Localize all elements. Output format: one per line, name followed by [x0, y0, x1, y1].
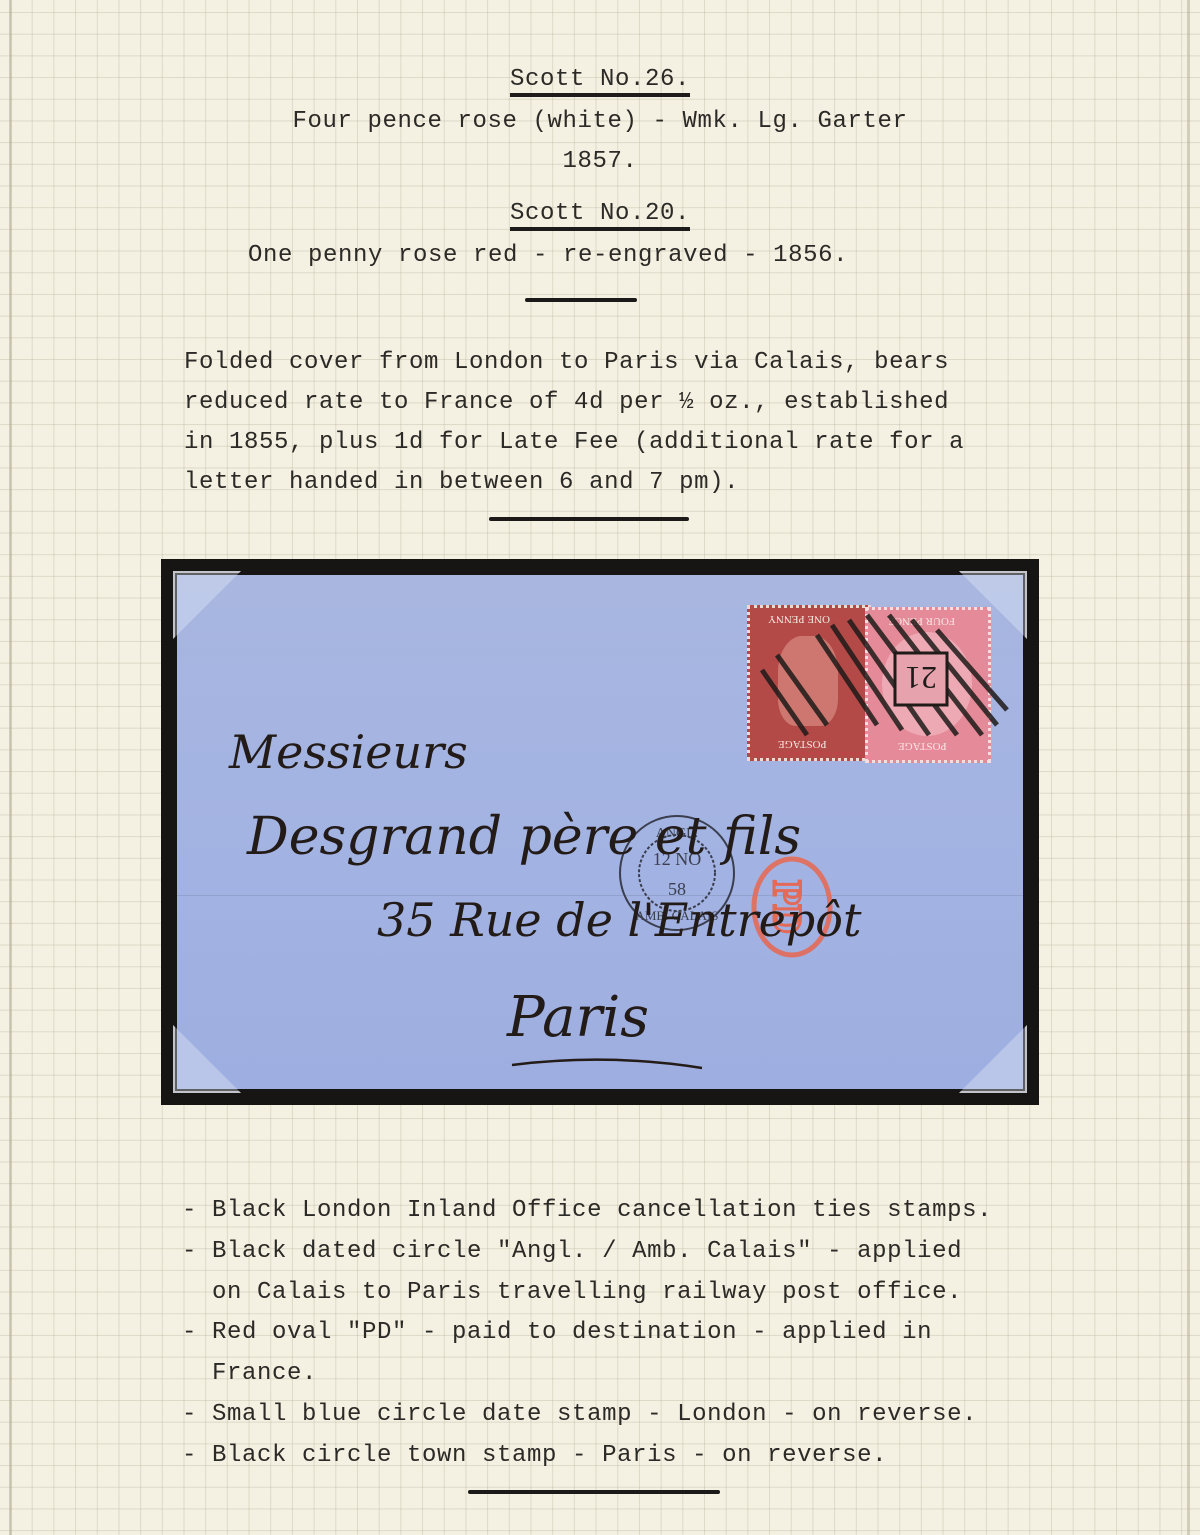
- section-divider: [489, 517, 689, 521]
- address-salutation: Messieurs: [229, 725, 468, 779]
- note-item: - Red oval "PD" - paid to destination - …: [182, 1319, 932, 1346]
- album-mount: ONE PENNY POSTAGE FOUR PENCE POSTAGE 21: [161, 559, 1039, 1105]
- stamp-description-20: One penny rose red - re-engraved - 1856.: [248, 242, 848, 269]
- stamp-year-26: 1857.: [0, 148, 1200, 175]
- address-street: 35 Rue de l'Entrepôt: [377, 893, 861, 947]
- note-item: - Black London Inland Office cancellatio…: [182, 1197, 992, 1224]
- note-item: on Calais to Paris travelling railway po…: [182, 1279, 962, 1306]
- catalog-number: Scott No.20.: [510, 200, 690, 231]
- section-divider: [468, 1490, 720, 1494]
- intro-line: in 1855, plus 1d for Late Fee (additiona…: [184, 429, 964, 456]
- catalog-heading-20: Scott No.20.: [0, 200, 1200, 227]
- intro-line: Folded cover from London to Paris via Ca…: [184, 349, 949, 376]
- address-city: Paris: [507, 985, 649, 1050]
- section-divider: [525, 298, 637, 302]
- numeral-cancel: [762, 615, 1007, 735]
- note-item: - Black dated circle "Angl. / Amb. Calai…: [182, 1238, 962, 1265]
- intro-line: letter handed in between 6 and 7 pm).: [184, 469, 739, 496]
- stamp-description-26: Four pence rose (white) - Wmk. Lg. Garte…: [0, 108, 1200, 135]
- catalog-number: Scott No.26.: [510, 66, 690, 97]
- intro-line: reduced rate to France of 4d per ½ oz., …: [184, 389, 949, 416]
- note-item: - Small blue circle date stamp - London …: [182, 1401, 977, 1428]
- address-name: Desgrand père et fils: [247, 807, 801, 867]
- folded-cover: ONE PENNY POSTAGE FOUR PENCE POSTAGE 21: [177, 575, 1023, 1089]
- note-item: - Black circle town stamp - Paris - on r…: [182, 1442, 887, 1469]
- note-item: France.: [182, 1360, 317, 1387]
- catalog-heading-26: Scott No.26.: [0, 66, 1200, 93]
- page-margin-left: [9, 0, 12, 1535]
- page-margin-right: [1187, 0, 1190, 1535]
- svg-text:21: 21: [905, 660, 937, 696]
